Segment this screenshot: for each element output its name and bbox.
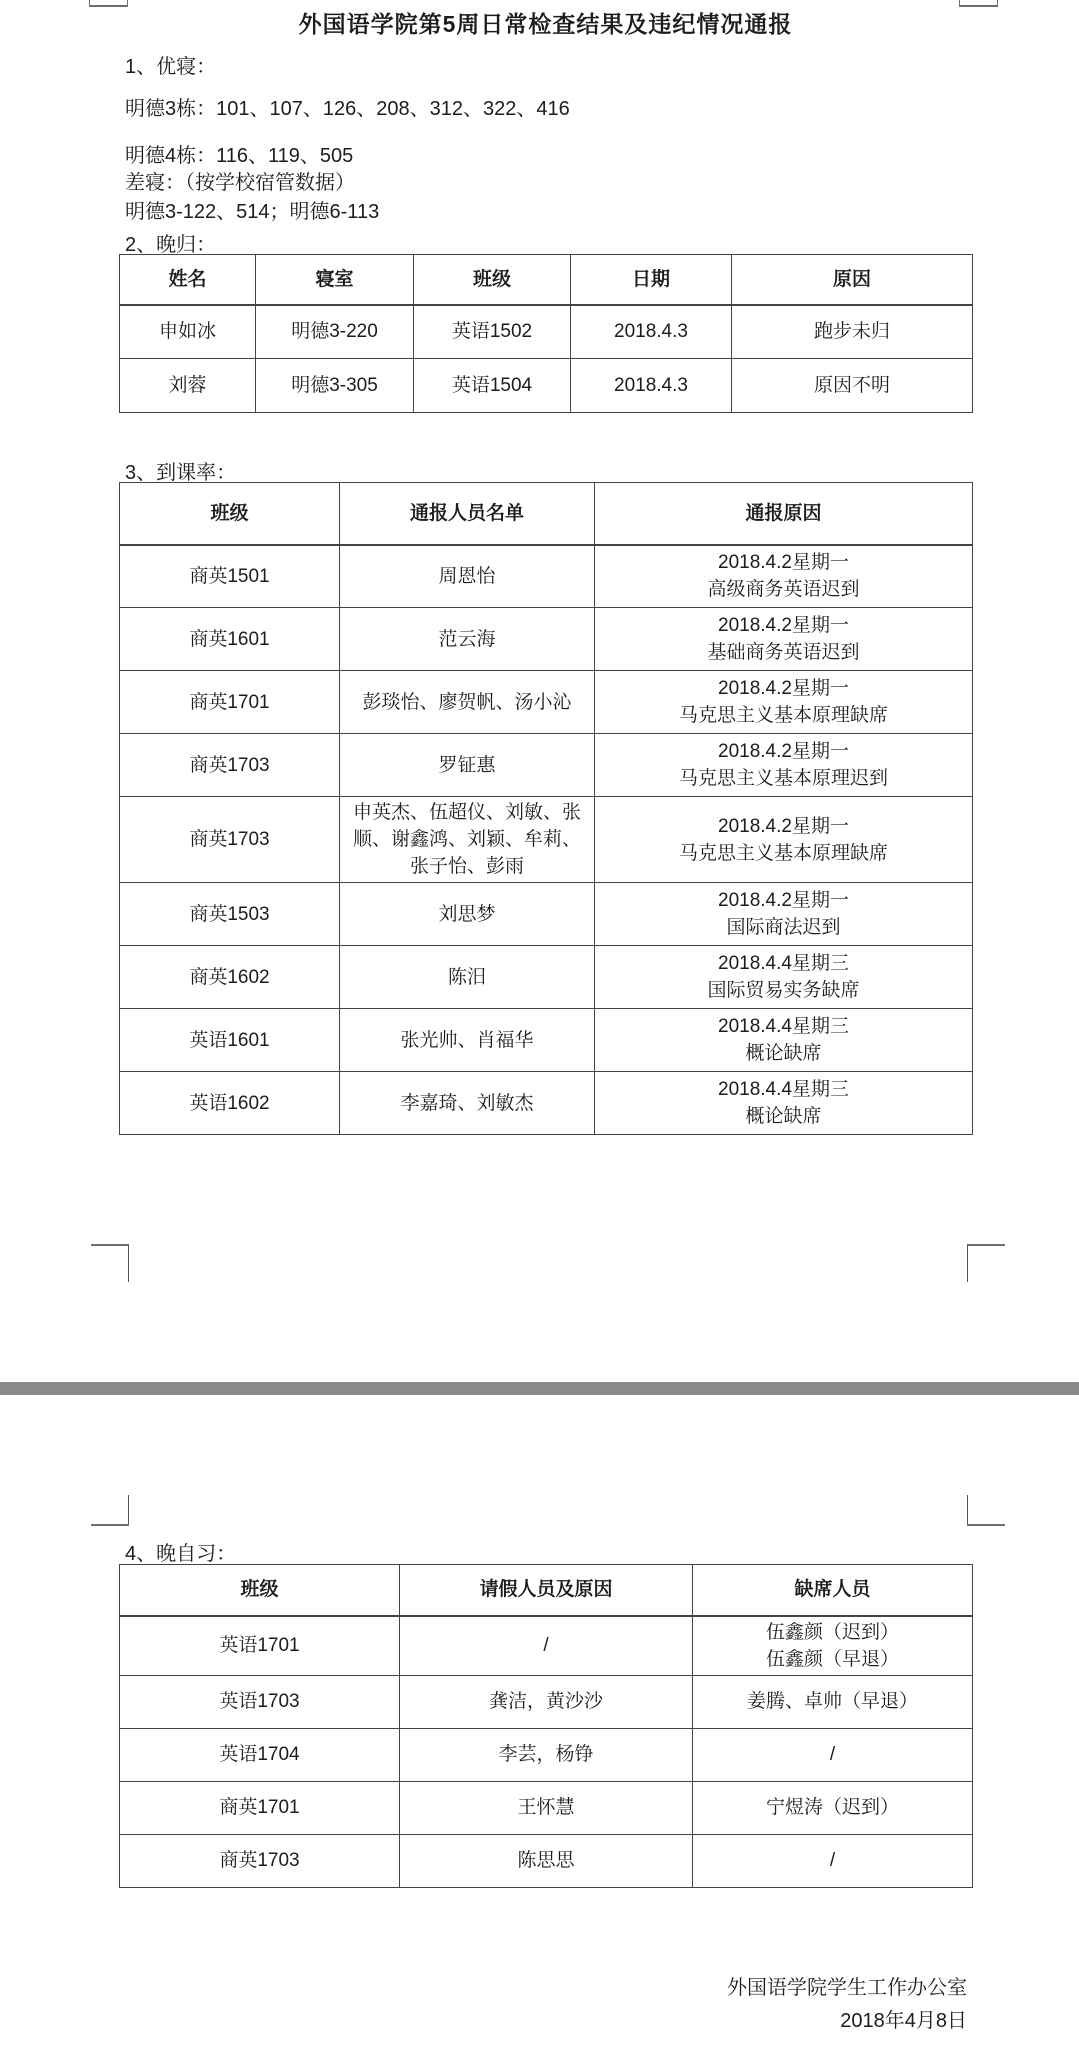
table-cell: 商英1703 [120, 1834, 400, 1887]
table-cell: 英语1701 [120, 1616, 400, 1676]
table-cell: 商英1703 [120, 734, 340, 797]
table-cell: 李嘉琦、刘敏杰 [340, 1072, 595, 1135]
table-cell: 商英1703 [120, 797, 340, 883]
table-row: 英语1701/伍鑫颜（迟到）伍鑫颜（早退） [120, 1616, 973, 1676]
table-cell: / [693, 1728, 973, 1781]
column-header: 通报原因 [595, 483, 973, 545]
column-header: 寝室 [256, 255, 414, 305]
page-separator-band [0, 1382, 1079, 1395]
column-header: 班级 [120, 483, 340, 545]
table-cell: 2018.4.3 [571, 359, 732, 413]
table-cell: 李芸，杨铮 [400, 1728, 693, 1781]
table-cell: 范云海 [340, 608, 595, 671]
table-cell: 2018.4.2星期一马克思主义基本原理缺席 [595, 797, 973, 883]
table-cell: / [400, 1616, 693, 1676]
table-row: 英语1601张光帅、肖福华2018.4.4星期三概论缺席 [120, 1009, 973, 1072]
table-cell: 2018.4.4星期三国际贸易实务缺席 [595, 946, 973, 1009]
evening-study-table: 班级请假人员及原因缺席人员英语1701/伍鑫颜（迟到）伍鑫颜（早退）英语1703… [119, 1564, 973, 1888]
footer-office: 外国语学院学生工作办公室 [727, 1972, 967, 2005]
table-cell: 龚洁，黄沙沙 [400, 1675, 693, 1728]
table-row: 商英1703罗钲惠2018.4.2星期一马克思主义基本原理迟到 [120, 734, 973, 797]
table-row: 申如冰明德3-220英语15022018.4.3跑步未归 [120, 305, 973, 359]
table-row: 商英1602陈汨2018.4.4星期三国际贸易实务缺席 [120, 946, 973, 1009]
table-cell: 明德3-220 [256, 305, 414, 359]
table-row: 商英1703申英杰、伍超仪、刘敏、张顺、谢鑫鸿、刘颖、牟莉、张子怡、彭雨2018… [120, 797, 973, 883]
table-cell: 2018.4.2星期一基础商务英语迟到 [595, 608, 973, 671]
table-cell: 英语1502 [414, 305, 571, 359]
table-cell: 2018.4.2星期一马克思主义基本原理迟到 [595, 734, 973, 797]
table-cell: 罗钲惠 [340, 734, 595, 797]
table-cell: 申英杰、伍超仪、刘敏、张顺、谢鑫鸿、刘颖、牟莉、张子怡、彭雨 [340, 797, 595, 883]
page2-top-left-margin-mark [91, 1495, 129, 1526]
column-header: 原因 [732, 255, 973, 305]
section-attendance-heading: 3、到课率： [125, 456, 236, 485]
table-row: 商英1701王怀慧宁煜涛（迟到） [120, 1781, 973, 1834]
table-cell: 2018.4.3 [571, 305, 732, 359]
table-cell: 伍鑫颜（迟到）伍鑫颜（早退） [693, 1616, 973, 1676]
poor-dorms-rooms: 明德3-122、514；明德6-113 [125, 195, 379, 224]
table-cell: 跑步未归 [732, 305, 973, 359]
section-evening-study-heading: 4、晚自习： [125, 1537, 236, 1566]
table-cell: 商英1602 [120, 946, 340, 1009]
table-cell: 商英1503 [120, 883, 340, 946]
table-cell: 姜腾、卓帅（早退） [693, 1675, 973, 1728]
table-cell: 2018.4.2星期一马克思主义基本原理缺席 [595, 671, 973, 734]
table-row: 商英1601范云海2018.4.2星期一基础商务英语迟到 [120, 608, 973, 671]
column-header: 请假人员及原因 [400, 1565, 693, 1616]
column-header: 通报人员名单 [340, 483, 595, 545]
table-row: 商英1701彭琰怡、廖贺帆、汤小沁2018.4.2星期一马克思主义基本原理缺席 [120, 671, 973, 734]
section-excellent-dorms-heading: 1、优寝： [125, 50, 216, 79]
header-row: 姓名寝室班级日期原因 [120, 255, 973, 305]
page1-bottom-left-margin-mark [91, 1244, 129, 1282]
header-row: 班级通报人员名单通报原因 [120, 483, 973, 545]
table-cell: 原因不明 [732, 359, 973, 413]
table-cell: 英语1504 [414, 359, 571, 413]
table-cell: 2018.4.4星期三概论缺席 [595, 1072, 973, 1135]
table-cell: / [693, 1834, 973, 1887]
table-row: 英语1703龚洁，黄沙沙姜腾、卓帅（早退） [120, 1675, 973, 1728]
poor-dorms-label: 差寝：（按学校宿管数据） [125, 166, 355, 195]
footer-date: 2018年4月8日 [727, 2005, 967, 2038]
table-cell: 商英1701 [120, 1781, 400, 1834]
attendance-table: 班级通报人员名单通报原因商英1501周恩怡2018.4.2星期一高级商务英语迟到… [119, 482, 973, 1135]
table-cell: 周恩怡 [340, 545, 595, 608]
table-row: 商英1503刘思梦2018.4.2星期一国际商法迟到 [120, 883, 973, 946]
table-row: 英语1602李嘉琦、刘敏杰2018.4.4星期三概论缺席 [120, 1072, 973, 1135]
page2-top-right-margin-mark [967, 1495, 1005, 1526]
excellent-dorms-line-mingde4: 明德4栋：116、119、505 [125, 139, 353, 168]
table-row: 英语1704李芸，杨铮/ [120, 1728, 973, 1781]
table-cell: 英语1703 [120, 1675, 400, 1728]
table-cell: 刘蓉 [120, 359, 256, 413]
table-cell: 英语1704 [120, 1728, 400, 1781]
table-row: 刘蓉明德3-305英语15042018.4.3原因不明 [120, 359, 973, 413]
column-header: 班级 [414, 255, 571, 305]
table-cell: 2018.4.4星期三概论缺席 [595, 1009, 973, 1072]
column-header: 姓名 [120, 255, 256, 305]
table-cell: 陈汨 [340, 946, 595, 1009]
table-cell: 王怀慧 [400, 1781, 693, 1834]
table-cell: 英语1601 [120, 1009, 340, 1072]
late-return-table: 姓名寝室班级日期原因申如冰明德3-220英语15022018.4.3跑步未归刘蓉… [119, 254, 973, 413]
table-cell: 商英1601 [120, 608, 340, 671]
table-row: 商英1501周恩怡2018.4.2星期一高级商务英语迟到 [120, 545, 973, 608]
table-cell: 商英1501 [120, 545, 340, 608]
table-cell: 2018.4.2星期一高级商务英语迟到 [595, 545, 973, 608]
column-header: 日期 [571, 255, 732, 305]
table-cell: 彭琰怡、廖贺帆、汤小沁 [340, 671, 595, 734]
table-cell: 英语1602 [120, 1072, 340, 1135]
column-header: 班级 [120, 1565, 400, 1616]
table-cell: 申如冰 [120, 305, 256, 359]
table-cell: 2018.4.2星期一国际商法迟到 [595, 883, 973, 946]
table-cell: 商英1701 [120, 671, 340, 734]
table-cell: 宁煜涛（迟到） [693, 1781, 973, 1834]
document-title: 外国语学院第5周日常检查结果及违纪情况通报 [119, 6, 972, 39]
table-cell: 陈思思 [400, 1834, 693, 1887]
section-late-return-heading: 2、晚归： [125, 228, 216, 257]
excellent-dorms-line-mingde3: 明德3栋：101、107、126、208、312、322、416 [125, 92, 570, 121]
document-canvas: 外国语学院第5周日常检查结果及违纪情况通报 1、优寝： 明德3栋：101、107… [0, 0, 1079, 2051]
table-cell: 刘思梦 [340, 883, 595, 946]
table-cell: 张光帅、肖福华 [340, 1009, 595, 1072]
signature-block: 外国语学院学生工作办公室 2018年4月8日 [727, 1972, 967, 2038]
header-row: 班级请假人员及原因缺席人员 [120, 1565, 973, 1616]
table-row: 商英1703陈思思/ [120, 1834, 973, 1887]
table-cell: 明德3-305 [256, 359, 414, 413]
column-header: 缺席人员 [693, 1565, 973, 1616]
page1-bottom-right-margin-mark [967, 1244, 1005, 1282]
